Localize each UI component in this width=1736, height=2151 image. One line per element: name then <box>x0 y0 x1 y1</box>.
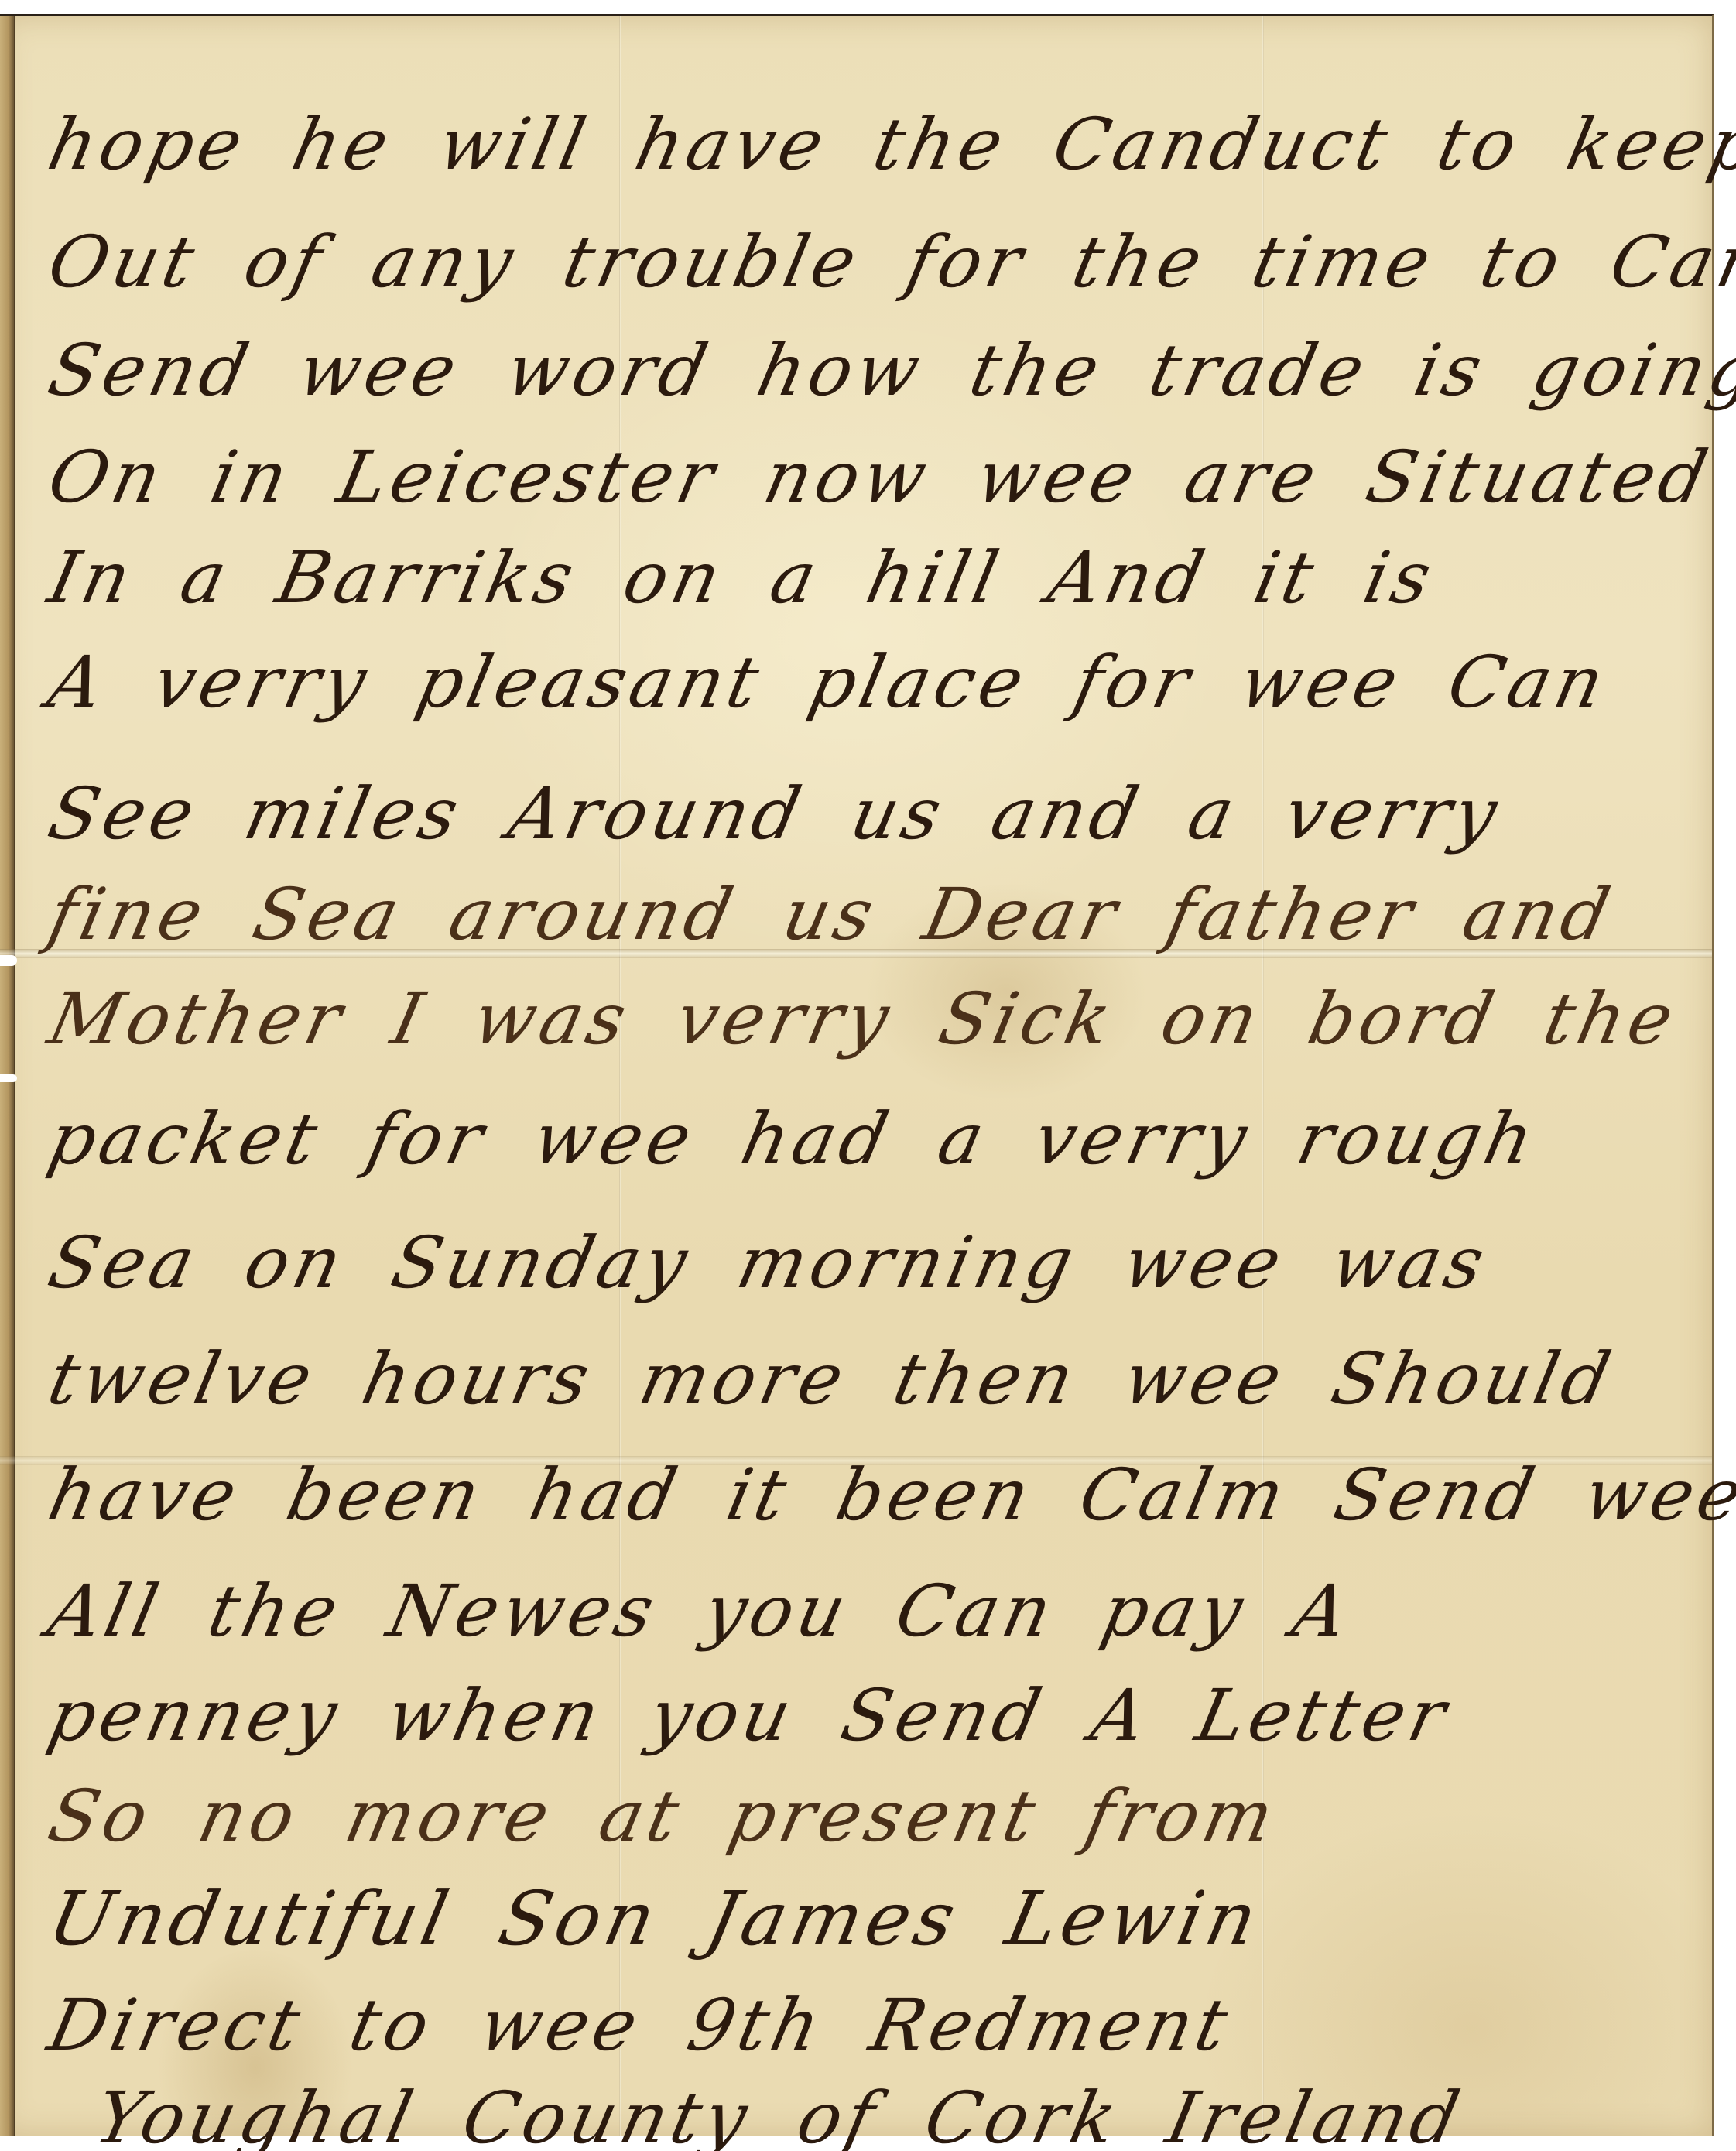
letter-line: Out of any trouble for the time to Came <box>43 227 1736 298</box>
letter-line: Send wee word how the trade is going <box>43 335 1736 406</box>
letter-line: fine Sea around us Dear father and <box>43 879 1620 950</box>
address-line: Youghal County of Cork Ireland <box>89 2083 1470 2151</box>
letter-line: packet for wee had a verry rough <box>43 1104 1543 1175</box>
paper-tear <box>0 1074 17 1082</box>
letter-line: have been had it been Calm Send wee <box>43 1460 1736 1531</box>
letter-line: twelve hours more then wee Should <box>43 1344 1621 1415</box>
letter-line: In a Barriks on a hill And it is <box>43 543 1441 614</box>
letter-line: See miles Around us and a verry <box>43 779 1508 850</box>
letter-line: penney when you Send A Letter <box>43 1680 1456 1752</box>
letter-line: So no more at present from <box>43 1781 1284 1852</box>
letter-line: On in Leicester now wee are Situated <box>43 442 1717 513</box>
letter-paper: hope he will have the Canduct to keep Ou… <box>0 14 1714 2136</box>
letter-line: A verry pleasant place for wee Can <box>43 647 1614 718</box>
signature-line: Undutiful Son James Lewin <box>43 1882 1268 1956</box>
letter-line: Sea on Sunday morning wee was <box>43 1228 1495 1299</box>
address-line: Direct to wee 9th Redment <box>43 1990 1238 2061</box>
letter-line: Mother I was verry Sick on bord the <box>43 984 1683 1055</box>
paper-tear <box>0 955 17 966</box>
letter-line: hope he will have the Canduct to keep <box>43 109 1736 180</box>
letter-line: All the Newes you Can pay A <box>43 1576 1358 1647</box>
